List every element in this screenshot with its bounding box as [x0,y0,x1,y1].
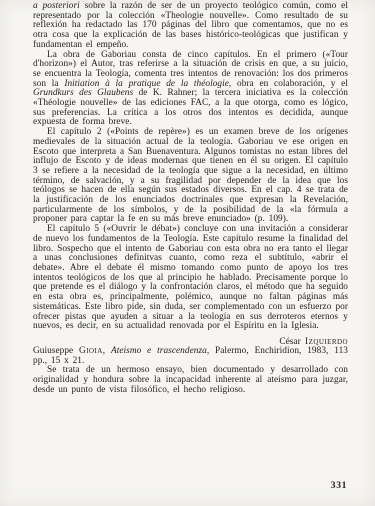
text-segment: Ateismo e trascendenza [111,346,207,356]
text-segment: Gioia [79,346,103,356]
text-segment: Grundkurs des Glaubens [33,88,133,98]
text-segment: El capítulo 5 («Ouvrir le débat») conclu… [33,224,348,331]
scanned-book-review-page: a posteriori sobre la razón de ser de un… [0,0,375,506]
review-paragraph-chapter-2-3-4: El capítulo 2 («Points de repère») es un… [33,128,348,225]
review-paragraph-chapter-5: El capítulo 5 («Ouvrir le débat») conclu… [33,225,348,332]
text-segment: , [103,346,111,356]
review-paragraph-gioia-intro: Se trata de un hermoso ensayo, bien docu… [33,366,348,395]
text-segment: Guiuseppe [33,346,79,356]
text-segment: sobre la razón de ser de un proyecto teo… [33,1,348,50]
page-number: 331 [331,480,347,491]
text-segment: , obra en colaboración, y el [229,79,348,89]
text-segment: El capítulo 2 («Points de repère») es un… [33,127,348,224]
text-segment: Initiation à la pratique de la théologie [64,79,229,89]
text-segment: a posteriori [33,1,80,11]
review-paragraph-continuation: a posteriori sobre la razón de ser de un… [33,2,348,51]
book-citation-gioia: Guiuseppe Gioia, Ateismo e trascendenza,… [33,347,348,366]
text-segment: Se trata de un hermoso ensayo, bien docu… [33,365,348,394]
review-paragraph-chapters-overview: La obra de Gaboriau consta de cinco capí… [33,51,348,129]
